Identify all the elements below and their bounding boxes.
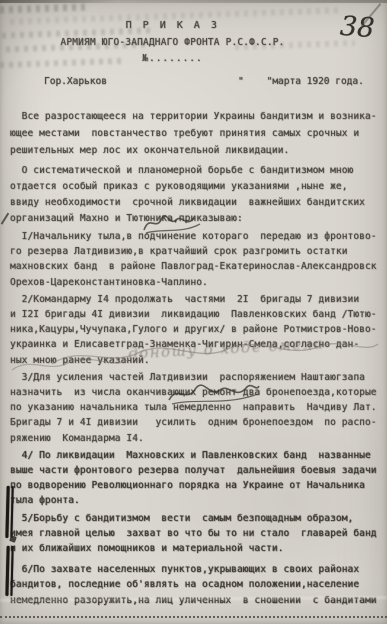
dateline-city: Гор.Харьков	[44, 76, 107, 87]
bleed-through-text	[0, 3, 88, 13]
page-bottom-edge	[0, 616, 387, 618]
paragraph-item-4: 4/ По ликвидации Махновских и Павленковс…	[10, 448, 380, 509]
paragraph-item-1: I/Начальнику тыла,в подчинение котораго …	[10, 229, 380, 290]
order-number-line: №........	[0, 53, 345, 64]
ink-scribble	[142, 210, 204, 236]
margin-emphasis-mark	[5, 486, 16, 542]
margin-check-mark	[1, 213, 9, 225]
pencil-scribble	[10, 352, 130, 378]
order-subtitle: АРМИЯМ ЮГО-ЗАПАДНАГО ФРОНТА Р.С.Ф.С.Р.	[0, 37, 345, 48]
order-title: П Р И К А З	[0, 20, 345, 31]
paragraph-item-5: 5/Борьбу с бандитизмом вести самым безпо…	[10, 511, 380, 557]
paragraph-item-6: 6/По захвате населенных пунктов,укрывающ…	[10, 562, 380, 608]
margin-emphasis-mark	[5, 546, 16, 600]
document-page: 38 П Р И К А З АРМИЯМ ЮГО-ЗАПАДНАГО ФРОН…	[0, 0, 387, 624]
ink-scribble	[166, 378, 262, 408]
dateline-date: " "марта 1920 года.	[238, 76, 364, 87]
paragraph-intro: Все разростающееся на территории Украины…	[10, 108, 380, 159]
